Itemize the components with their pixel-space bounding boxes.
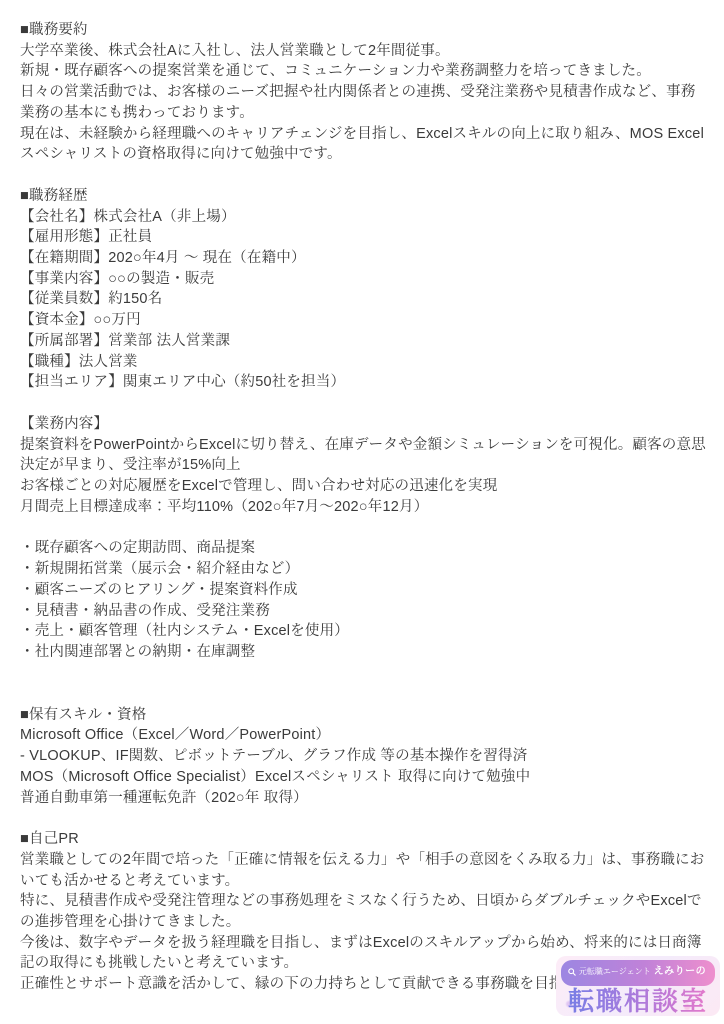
section-heading: ■保有スキル・資格 <box>20 705 706 726</box>
section-duties: 【業務内容】 提案資料をPowerPointからExcelに切り替え、在庫データ… <box>20 414 706 518</box>
list-item: ・社内関連部署との納期・在庫調整 <box>20 642 706 663</box>
text-line: 普通自動車第一種運転免許（202○年 取得） <box>20 788 706 809</box>
logo-title: 転職相談室 <box>556 987 720 1015</box>
text-line: - VLOOKUP、IF関数、ピボットテーブル、グラフ作成 等の基本操作を習得済 <box>20 746 706 767</box>
list-item: ・売上・顧客管理（社内システム・Excelを使用） <box>20 621 706 642</box>
section-skills: ■保有スキル・資格 Microsoft Office（Excel／Word／Po… <box>20 705 706 809</box>
logo-badge: 元転職エージェント えみりーの <box>561 960 715 986</box>
text-line: 現在は、未経験から経理職へのキャリアチェンジを目指し、Excelスキルの向上に取… <box>20 124 706 165</box>
area-line: 【担当エリア】関東エリア中心（約50社を担当） <box>20 372 706 393</box>
department-line: 【所属部署】営業部 法人営業課 <box>20 331 706 352</box>
agent-logo-stamp: 元転職エージェント えみりーの 転職相談室 <box>556 956 720 1016</box>
section-heading: ■職務経歴 <box>20 186 706 207</box>
text-line: 大学卒業後、株式会社Aに入社し、法人営業職として2年間従事。 <box>20 41 706 62</box>
capital-line: 【資本金】○○万円 <box>20 310 706 331</box>
business-line: 【事業内容】○○の製造・販売 <box>20 269 706 290</box>
text-line: 特に、見積書作成や受発注管理などの事務処理をミスなく行うため、日頃からダブルチェ… <box>20 891 706 932</box>
logo-badge-prefix: 元転職エージェント <box>579 962 651 983</box>
text-line: お客様ごとの対応履歴をExcelで管理し、問い合わせ対応の迅速化を実現 <box>20 476 706 497</box>
employment-type-line: 【雇用形態】正社員 <box>20 227 706 248</box>
section-heading: ■自己PR <box>20 829 706 850</box>
text-line: Microsoft Office（Excel／Word／PowerPoint） <box>20 725 706 746</box>
section-duty-list: ・既存顧客への定期訪問、商品提案 ・新規開拓営業（展示会・紹介経由など） ・顧客… <box>20 538 706 662</box>
text-line: 提案資料をPowerPointからExcelに切り替え、在庫データや金額シミュレ… <box>20 435 706 476</box>
text-line: MOS（Microsoft Office Specialist）Excelスペシ… <box>20 767 706 788</box>
resume-document: ■職務要約 大学卒業後、株式会社Aに入社し、法人営業職として2年間従事。 新規・… <box>0 0 724 1024</box>
list-item: ・新規開拓営業（展示会・紹介経由など） <box>20 559 706 580</box>
section-heading: ■職務要約 <box>20 20 706 41</box>
section-heading: 【業務内容】 <box>20 414 706 435</box>
text-line: 月間売上目標達成率：平均110%（202○年7月～202○年12月） <box>20 497 706 518</box>
text-line: 営業職としての2年間で培った「正確に情報を伝える力」や「相手の意図をくみ取る力」… <box>20 850 706 891</box>
text-line: 日々の営業活動では、お客様のニーズ把握や社内関係者との連携、受発注業務や見積書作… <box>20 82 706 123</box>
job-type-line: 【職種】法人営業 <box>20 352 706 373</box>
section-work-history: ■職務経歴 【会社名】株式会社A（非上場） 【雇用形態】正社員 【在籍期間】20… <box>20 186 706 393</box>
employees-line: 【従業員数】約150名 <box>20 289 706 310</box>
list-item: ・顧客ニーズのヒアリング・提案資料作成 <box>20 580 706 601</box>
logo-badge-name: えみりーの <box>654 962 707 983</box>
search-icon <box>568 962 576 983</box>
text-line: 新規・既存顧客への提案営業を通じて、コミュニケーション力や業務調整力を培ってきま… <box>20 61 706 82</box>
section-job-summary: ■職務要約 大学卒業後、株式会社Aに入社し、法人営業職として2年間従事。 新規・… <box>20 20 706 165</box>
tenure-line: 【在籍期間】202○年4月 ～ 現在（在籍中） <box>20 248 706 269</box>
company-name-line: 【会社名】株式会社A（非上場） <box>20 207 706 228</box>
list-item: ・既存顧客への定期訪問、商品提案 <box>20 538 706 559</box>
list-item: ・見積書・納品書の作成、受発注業務 <box>20 601 706 622</box>
